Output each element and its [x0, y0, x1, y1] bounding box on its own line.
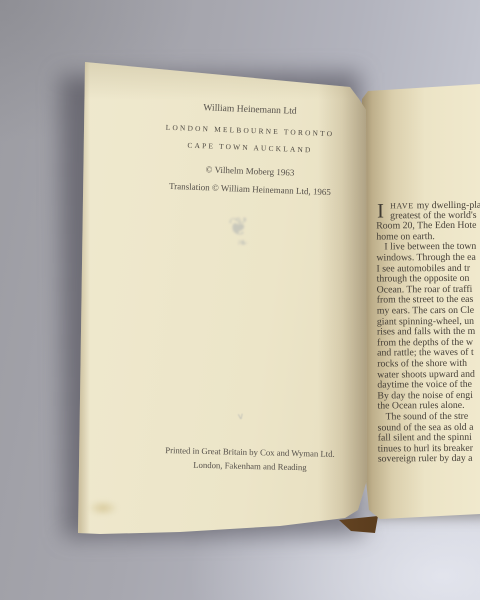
showthrough-ornament-small-icon: ❧ — [237, 236, 248, 251]
drop-cap-letter: I — [377, 201, 384, 221]
copyright-line: © Vilhelm Moberg 1963 — [120, 161, 380, 181]
book-photo: I HAVEmy dwelling-plac greatest of the w… — [0, 0, 480, 600]
page-stain — [88, 500, 118, 516]
publisher-cities-line2: CAPE TOWN AUCKLAND — [120, 138, 380, 157]
imprint-line2: London, Fakenham and Reading — [120, 458, 380, 474]
translation-copyright-line: Translation © William Heinemann Ltd, 196… — [120, 179, 380, 199]
imprint-line1: Printed in Great Britain by Cox and Wyma… — [120, 444, 380, 460]
publisher-name: William Heinemann Ltd — [120, 99, 380, 120]
showthrough-mark: v — [237, 412, 244, 423]
right-page-text: I HAVEmy dwelling-plac greatest of the w… — [376, 200, 480, 476]
publisher-cities-line1: LONDON MELBOURNE TORONTO — [120, 121, 380, 140]
small-caps-word: HAVE — [390, 201, 414, 210]
text-line: sovereign ruler by day a — [378, 454, 473, 465]
